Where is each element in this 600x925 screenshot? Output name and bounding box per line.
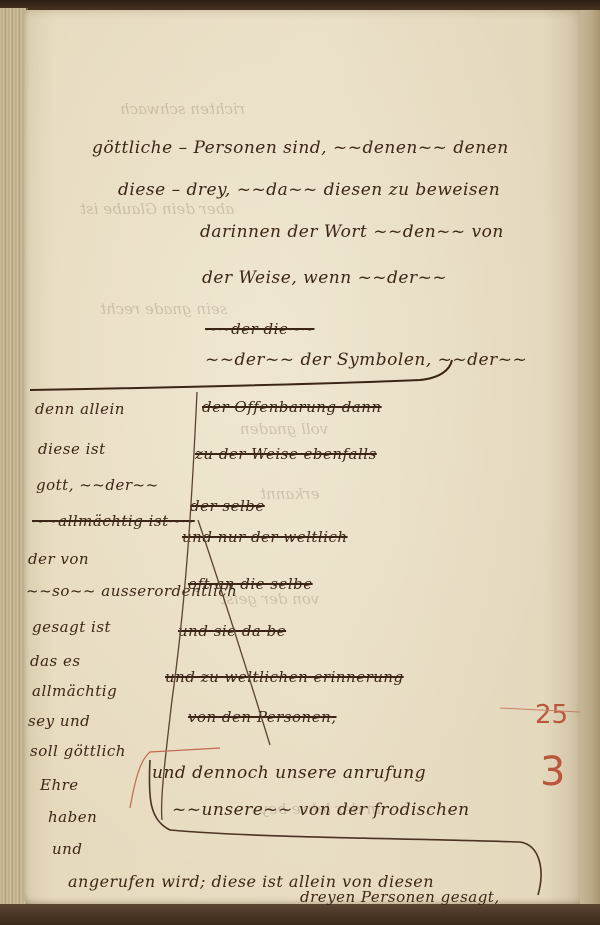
pen-strokes [0, 0, 600, 925]
